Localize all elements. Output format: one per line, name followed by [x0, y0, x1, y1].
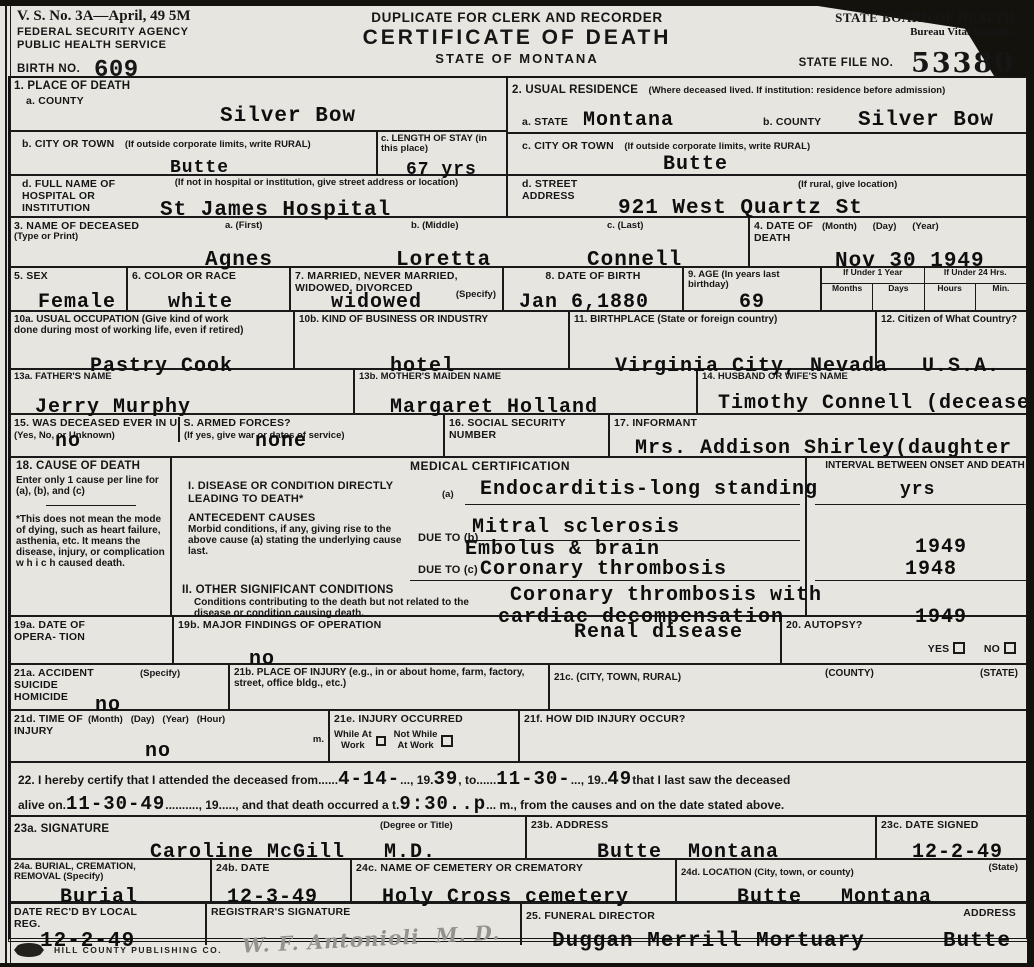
section-burial-date: 24b. DATE 12-3-49	[210, 860, 350, 901]
bureau-line: Bureau Vital Statistics	[799, 26, 1015, 38]
cause-a-interval: yrs	[900, 480, 935, 500]
street-address-note: (If rural, give location)	[798, 180, 897, 190]
armed-forces-value2: none	[255, 430, 307, 453]
agency-line-1: FEDERAL SECURITY AGENCY	[17, 26, 190, 38]
hospital-label: d. FULL NAME OF HOSPITAL OR INSTITUTION	[22, 178, 152, 214]
citizen-value: U.S.A.	[922, 355, 1000, 378]
scan-edge-top	[0, 0, 1034, 6]
form-left-border	[5, 6, 11, 963]
section-time-of-injury: 21d. TIME OF INJURY (Month) (Day) (Year)…	[10, 711, 328, 761]
header-center: DUPLICATE FOR CLERK AND RECORDER CERTIFI…	[302, 10, 732, 66]
accident-note: (Specify)	[140, 669, 180, 679]
middle-name-value: Loretta	[396, 249, 491, 272]
section-burial: 24a. BURIAL, CREMATION, REMOVAL (Specify…	[10, 860, 210, 901]
physician-address-value: Butte Montana	[597, 841, 779, 864]
publisher-logo	[14, 943, 44, 957]
other-conditions-label: II. OTHER SIGNIFICANT CONDITIONS	[182, 584, 394, 597]
marital-note: (Specify)	[456, 290, 496, 300]
section-informant: 17. INFORMANT Mrs. Addison Shirley(daugh…	[608, 415, 1026, 456]
certify-alive-value: 11-30-49	[66, 793, 165, 815]
section-burial-location: 24d. LOCATION (City, town, or county) (S…	[675, 860, 1026, 901]
not-while-at-work-label-2: At Work	[394, 741, 438, 751]
printer-footer: HILL COUNTY PUBLISHING CO.	[14, 939, 222, 961]
section-armed-forces: 15. WAS DECEASED EVER IN U. S. ARMED FOR…	[10, 415, 443, 456]
medical-certification-title: MEDICAL CERTIFICATION	[410, 460, 570, 474]
street-address-value: 921 West Quartz St	[618, 197, 863, 220]
section-funeral-director: 25. FUNERAL DIRECTOR ADDRESS Duggan Merr…	[520, 904, 1026, 945]
date-signed-label: 23c. DATE SIGNED	[881, 819, 1022, 831]
date-of-death-value: Nov 30 1949	[835, 250, 985, 273]
industry-label: 10b. KIND OF BUSINESS OR INDUSTRY	[299, 314, 499, 325]
section-marital: 7. MARRIED, NEVER MARRIED, WIDOWED, DIVO…	[289, 268, 502, 310]
registrar-signature-handwritten: W. F. Antonioli M. D.	[242, 920, 501, 957]
age-col-min: Min.	[976, 284, 1026, 310]
publisher-name: HILL COUNTY PUBLISHING CO.	[54, 945, 222, 955]
cause-label: 18. CAUSE OF DEATH	[16, 460, 166, 473]
autopsy-no-checkbox	[1004, 642, 1016, 654]
while-at-work-label-2: Work	[334, 741, 372, 751]
cause-a-value: Endocarditis-long standing	[480, 478, 818, 501]
section-registrar-signature: REGISTRAR'S SIGNATURE W. F. Antonioli M.…	[205, 904, 520, 945]
cause-note-1: Enter only 1 cause per line for (a), (b)…	[16, 475, 166, 497]
section-how-injury: 21f. HOW DID INJURY OCCUR?	[518, 711, 1026, 761]
other-conditions-interval: 1949	[915, 606, 967, 629]
section-birthplace: 11. BIRTHPLACE (State or foreign country…	[568, 312, 875, 368]
while-at-work-checkbox	[376, 736, 386, 746]
injury-occurred-label: 21e. INJURY OCCURRED	[334, 713, 514, 725]
section-date-of-operation: 19a. DATE OF OPERA- TION	[10, 617, 172, 663]
section-ssn: 16. SOCIAL SECURITY NUMBER	[443, 415, 608, 456]
informant-label: 17. INFORMANT	[614, 417, 1022, 429]
certificate-form: 1. PLACE OF DEATH a. COUNTY Silver Bow b…	[8, 76, 1028, 942]
armed-forces-sub1: (Yes, No, or Unknown)	[14, 431, 174, 441]
last-name-label: c. (Last)	[607, 221, 643, 231]
usual-residence-label: 2. USUAL RESIDENCE	[512, 84, 638, 96]
not-while-at-work-label-1: Not While	[394, 730, 438, 740]
interval-header: INTERVAL BETWEEN ONSET AND DEATH	[820, 460, 1030, 471]
funeral-director-label: 25. FUNERAL DIRECTOR	[526, 910, 655, 922]
date-of-death-cols: (Month) (Day) (Year)	[822, 222, 939, 232]
antecedent-label: ANTECEDENT CAUSES	[188, 512, 315, 525]
certify-from-year: 39	[433, 768, 458, 790]
section-age-subcolumns: If Under 1 Year If Under 24 Hrs. Months …	[820, 268, 1026, 310]
other-conditions-value-1: Coronary thrombosis with	[510, 584, 822, 607]
section-operation-findings: 19b. MAJOR FINDINGS OF OPERATION no Rena…	[172, 617, 780, 663]
cause-a-prefix: (a)	[442, 490, 454, 500]
cause-b-value-1: Mitral sclerosis	[472, 516, 680, 539]
middle-name-label: b. (Middle)	[411, 221, 459, 231]
sex-value: Female	[38, 291, 116, 314]
city-label: b. CITY OR TOWN	[22, 138, 114, 150]
last-name-value: Connell	[587, 249, 682, 272]
section-race: 6. COLOR OR RACE white	[126, 268, 289, 310]
due-to-c-prefix: DUE TO (c)	[418, 564, 478, 577]
accident-label: 21a. ACCIDENT SUICIDE HOMICIDE	[14, 667, 104, 703]
time-of-injury-m: m.	[313, 735, 324, 745]
occupation-value: Pastry Cook	[90, 355, 233, 378]
dob-value: Jan 6,1880	[519, 291, 649, 314]
county-value: Silver Bow	[220, 105, 356, 128]
burial-value: Burial	[60, 886, 138, 909]
section-signature: 23a. SIGNATURE (Degree or Title) Carolin…	[10, 817, 525, 858]
autopsy-yes-label: YES	[928, 643, 950, 655]
fill-line	[465, 504, 800, 505]
date-of-death-label: 4. DATE OF DEATH	[754, 220, 814, 244]
certify-to-year: 49	[607, 768, 632, 790]
residence-city-note: (If outside corporate limits, write RURA…	[624, 141, 810, 152]
cause-c-value: Coronary thrombosis	[480, 558, 727, 581]
age-col-hours: Hours	[925, 284, 976, 310]
spouse-value: Timothy Connell (deceased	[718, 392, 1026, 413]
accident-value: no	[95, 694, 121, 717]
section-date-of-birth: 8. DATE OF BIRTH Jan 6,1880	[502, 268, 682, 310]
armed-forces-sub2: (If yes, give war or dates of service)	[184, 431, 439, 441]
cause-note-2: *This does not mean the mode of dying, s…	[16, 514, 166, 569]
certify-text-1: 22. I hereby certify that I attended the…	[18, 773, 338, 787]
section-industry: 10b. KIND OF BUSINESS OR INDUSTRY hotel	[293, 312, 568, 368]
time-of-injury-label: 21d. TIME OF INJURY	[14, 713, 84, 737]
certify-from-value: 4-14-	[338, 768, 400, 790]
first-name-label: a. (First)	[225, 221, 262, 231]
certify-text-8: ... m., from the causes and on the date …	[486, 798, 784, 812]
injury-state-label: (STATE)	[980, 668, 1018, 679]
length-of-stay-value: 67 yrs	[406, 160, 477, 180]
operation-date-label: 19a. DATE OF OPERA- TION	[14, 619, 124, 643]
disease-leading-label: I. DISEASE OR CONDITION DIRECTLY LEADING…	[188, 480, 433, 505]
city-value: Butte	[170, 158, 229, 178]
injury-county-label: (COUNTY)	[825, 668, 874, 679]
section-cemetery: 24c. NAME OF CEMETERY OR CREMATORY Holy …	[350, 860, 675, 901]
death-certificate-scan: V. S. No. 3A—April, 49 5M FEDERAL SECURI…	[0, 0, 1034, 967]
section-occupation: 10a. USUAL OCCUPATION (Give kind of work…	[10, 312, 293, 368]
street-address-label: d. STREET ADDRESS	[522, 178, 612, 202]
physician-address-label: 23b. ADDRESS	[531, 819, 871, 831]
section-date-signed: 23c. DATE SIGNED 12-2-49	[875, 817, 1026, 858]
ssn-label: 16. SOCIAL SECURITY NUMBER	[449, 417, 604, 441]
place-of-death-label: 1. PLACE OF DEATH	[14, 80, 502, 93]
form-number: V. S. No. 3A—April, 49 5M	[17, 8, 190, 25]
section-date-of-death: 4. DATE OF DEATH (Month) (Day) (Year) No…	[748, 218, 1026, 266]
scan-edge-right	[1027, 90, 1034, 967]
cause-divider	[170, 458, 172, 615]
row-burial: 24a. BURIAL, CREMATION, REMOVAL (Specify…	[10, 858, 1026, 901]
row-time-of-injury: 21d. TIME OF INJURY (Month) (Day) (Year)…	[10, 709, 1026, 761]
father-value: Jerry Murphy	[35, 396, 191, 419]
section-citizen: 12. Citizen of What Country? U.S.A.	[875, 312, 1026, 368]
birth-no-label: BIRTH NO.	[17, 63, 80, 75]
cause-c-interval: 1948	[905, 558, 957, 581]
section-place-of-injury: 21b. PLACE OF INJURY (e.g., in or about …	[228, 665, 548, 709]
armed-forces-value1: no	[55, 430, 81, 453]
place-of-injury-label: 21b. PLACE OF INJURY (e.g., in or about …	[234, 667, 544, 689]
race-value: white	[168, 291, 233, 314]
first-name-value: Agnes	[205, 249, 273, 272]
row-certify-statement: 22. I hereby certify that I attended the…	[10, 761, 1026, 815]
section-autopsy: 20. AUTOPSY? YES NO	[780, 617, 1026, 663]
section-name-of-deceased: 3. NAME OF DECEASED (Type or Print) a. (…	[10, 218, 748, 266]
header-right: STATE BOARD OF HEALTH Bureau Vital Stati…	[799, 10, 1015, 79]
name-label-2: (Type or Print)	[14, 232, 156, 242]
burial-location-value: Butte Montana	[737, 886, 932, 909]
other-conditions-value-3: Renal disease	[574, 621, 743, 644]
occupation-label: 10a. USUAL OCCUPATION (Give kind of work…	[14, 314, 254, 336]
section-place-of-death: 1. PLACE OF DEATH a. COUNTY Silver Bow b…	[10, 78, 506, 216]
residence-city-value: Butte	[663, 153, 728, 176]
autopsy-yes-checkbox	[953, 642, 965, 654]
residence-county-value: Silver Bow	[858, 109, 994, 132]
certify-text-3: , to......	[458, 773, 496, 787]
city-note: (If outside corporate limits, write RURA…	[125, 139, 311, 150]
sex-label: 5. SEX	[14, 270, 122, 282]
birthplace-value: Virginia City, Nevada	[615, 355, 888, 378]
row-forces-ssn-informant: 15. WAS DECEASED EVER IN U. S. ARMED FOR…	[10, 413, 1026, 456]
funeral-address-label: ADDRESS	[963, 907, 1016, 919]
board-line: STATE BOARD OF HEALTH	[799, 10, 1015, 26]
scan-edge-bottom	[0, 963, 1034, 967]
duplicate-line: DUPLICATE FOR CLERK AND RECORDER	[302, 10, 732, 25]
autopsy-label: 20. AUTOPSY?	[786, 619, 1022, 631]
age-col-months: Months	[822, 284, 873, 310]
certificate-title: CERTIFICATE OF DEATH	[302, 26, 732, 50]
marital-value: widowed	[331, 291, 422, 314]
residence-city-label: c. CITY OR TOWN	[522, 140, 614, 152]
burial-location-state-label: (State)	[988, 863, 1018, 873]
state-file-no-value: 53380	[911, 48, 1015, 79]
certify-to-value: 11-30-	[496, 768, 570, 790]
hospital-value: St James Hospital	[160, 199, 391, 222]
fill-line	[815, 504, 1034, 505]
row-physician-signature: 23a. SIGNATURE (Degree or Title) Carolin…	[10, 815, 1026, 858]
agency-line-2: PUBLIC HEALTH SERVICE	[17, 39, 190, 51]
citizen-label: 12. Citizen of What Country?	[881, 314, 1022, 325]
section-injury-city: 21c. (CITY, TOWN, RURAL) (COUNTY) (STATE…	[548, 665, 1026, 709]
time-of-injury-value: no	[145, 740, 171, 763]
row-occupation-birthplace: 10a. USUAL OCCUPATION (Give kind of work…	[10, 310, 1026, 368]
residence-county-label: b. COUNTY	[763, 116, 821, 128]
row-accident: 21a. ACCIDENT SUICIDE HOMICIDE (Specify)…	[10, 663, 1026, 709]
funeral-director-value: Duggan Merrill Mortuary	[552, 930, 865, 953]
signature-label: 23a. SIGNATURE	[14, 823, 109, 835]
antecedent-note: Morbid conditions, if any, giving rise t…	[188, 524, 418, 557]
certify-text-5: that I last saw the deceased	[632, 773, 790, 787]
funeral-address-value: Butte	[943, 930, 1011, 953]
degree-label: (Degree or Title)	[380, 821, 453, 831]
burial-location-label: 24d. LOCATION (City, town, or county)	[681, 867, 854, 878]
form-header: V. S. No. 3A—April, 49 5M FEDERAL SECURI…	[12, 6, 1027, 76]
industry-value: hotel	[390, 355, 455, 378]
row-place-residence: 1. PLACE OF DEATH a. COUNTY Silver Bow b…	[10, 78, 1026, 216]
burial-date-value: 12-3-49	[227, 886, 318, 909]
autopsy-no-label: NO	[984, 643, 1000, 655]
certify-text-2: ..., 19.	[400, 773, 433, 787]
state-line: STATE OF MONTANA	[302, 51, 732, 66]
informant-value: Mrs. Addison Shirley(daughter	[635, 437, 1012, 456]
operation-findings-value: no	[249, 648, 275, 671]
not-while-at-work-checkbox	[441, 735, 453, 747]
age-label: 9. AGE (In years last birthday)	[688, 270, 816, 291]
cemetery-value: Holy Cross cemetery	[382, 886, 629, 909]
how-injury-label: 21f. HOW DID INJURY OCCUR?	[524, 713, 1022, 725]
section-accident: 21a. ACCIDENT SUICIDE HOMICIDE (Specify)…	[10, 665, 228, 709]
date-received-label: DATE REC'D BY LOCAL REG.	[14, 906, 164, 930]
signature-value: Caroline McGill M.D.	[150, 841, 436, 864]
residence-state-value: Montana	[583, 109, 674, 132]
cause-b-interval: 1949	[915, 536, 967, 559]
injury-city-label: 21c. (CITY, TOWN, RURAL)	[554, 672, 681, 683]
section-physician-address: 23b. ADDRESS Butte Montana	[525, 817, 875, 858]
section-injury-occurred: 21e. INJURY OCCURRED While At Work Not W…	[328, 711, 518, 761]
section-sex: 5. SEX Female	[10, 268, 126, 310]
cause-separator	[46, 505, 136, 506]
section-age: 9. AGE (In years last birthday) 69	[682, 268, 820, 310]
certify-text-7: .........., 19....., and that death occu…	[165, 798, 399, 812]
row-medical-certification: 18. CAUSE OF DEATH Enter only 1 cause pe…	[10, 456, 1026, 615]
row-name-dateofdeath: 3. NAME OF DECEASED (Type or Print) a. (…	[10, 216, 1026, 266]
mother-value: Margaret Holland	[390, 396, 598, 419]
length-of-stay-label: c. LENGTH OF STAY (in this place)	[381, 134, 503, 155]
date-signed-value: 12-2-49	[912, 841, 1003, 864]
state-file-no-label: STATE FILE NO.	[799, 57, 894, 69]
certify-text-6: alive on.	[18, 798, 66, 812]
while-at-work-label-1: While At	[334, 730, 372, 740]
section-usual-residence: 2. USUAL RESIDENCE (Where deceased lived…	[506, 78, 1026, 216]
section-cause-of-death: 18. CAUSE OF DEATH Enter only 1 cause pe…	[16, 460, 166, 569]
age-value: 69	[739, 291, 765, 314]
certify-text-4: ..., 19..	[571, 773, 608, 787]
age-col-days: Days	[873, 284, 924, 310]
birthplace-label: 11. BIRTHPLACE (State or foreign country…	[574, 314, 871, 325]
burial-label: 24a. BURIAL, CREMATION, REMOVAL (Specify…	[14, 862, 164, 883]
header-left: V. S. No. 3A—April, 49 5M FEDERAL SECURI…	[17, 8, 190, 84]
certify-hour-value: 9:30..p	[399, 793, 486, 815]
residence-state-label: a. STATE	[522, 116, 568, 128]
usual-residence-note: (Where deceased lived. If institution: r…	[649, 85, 946, 96]
